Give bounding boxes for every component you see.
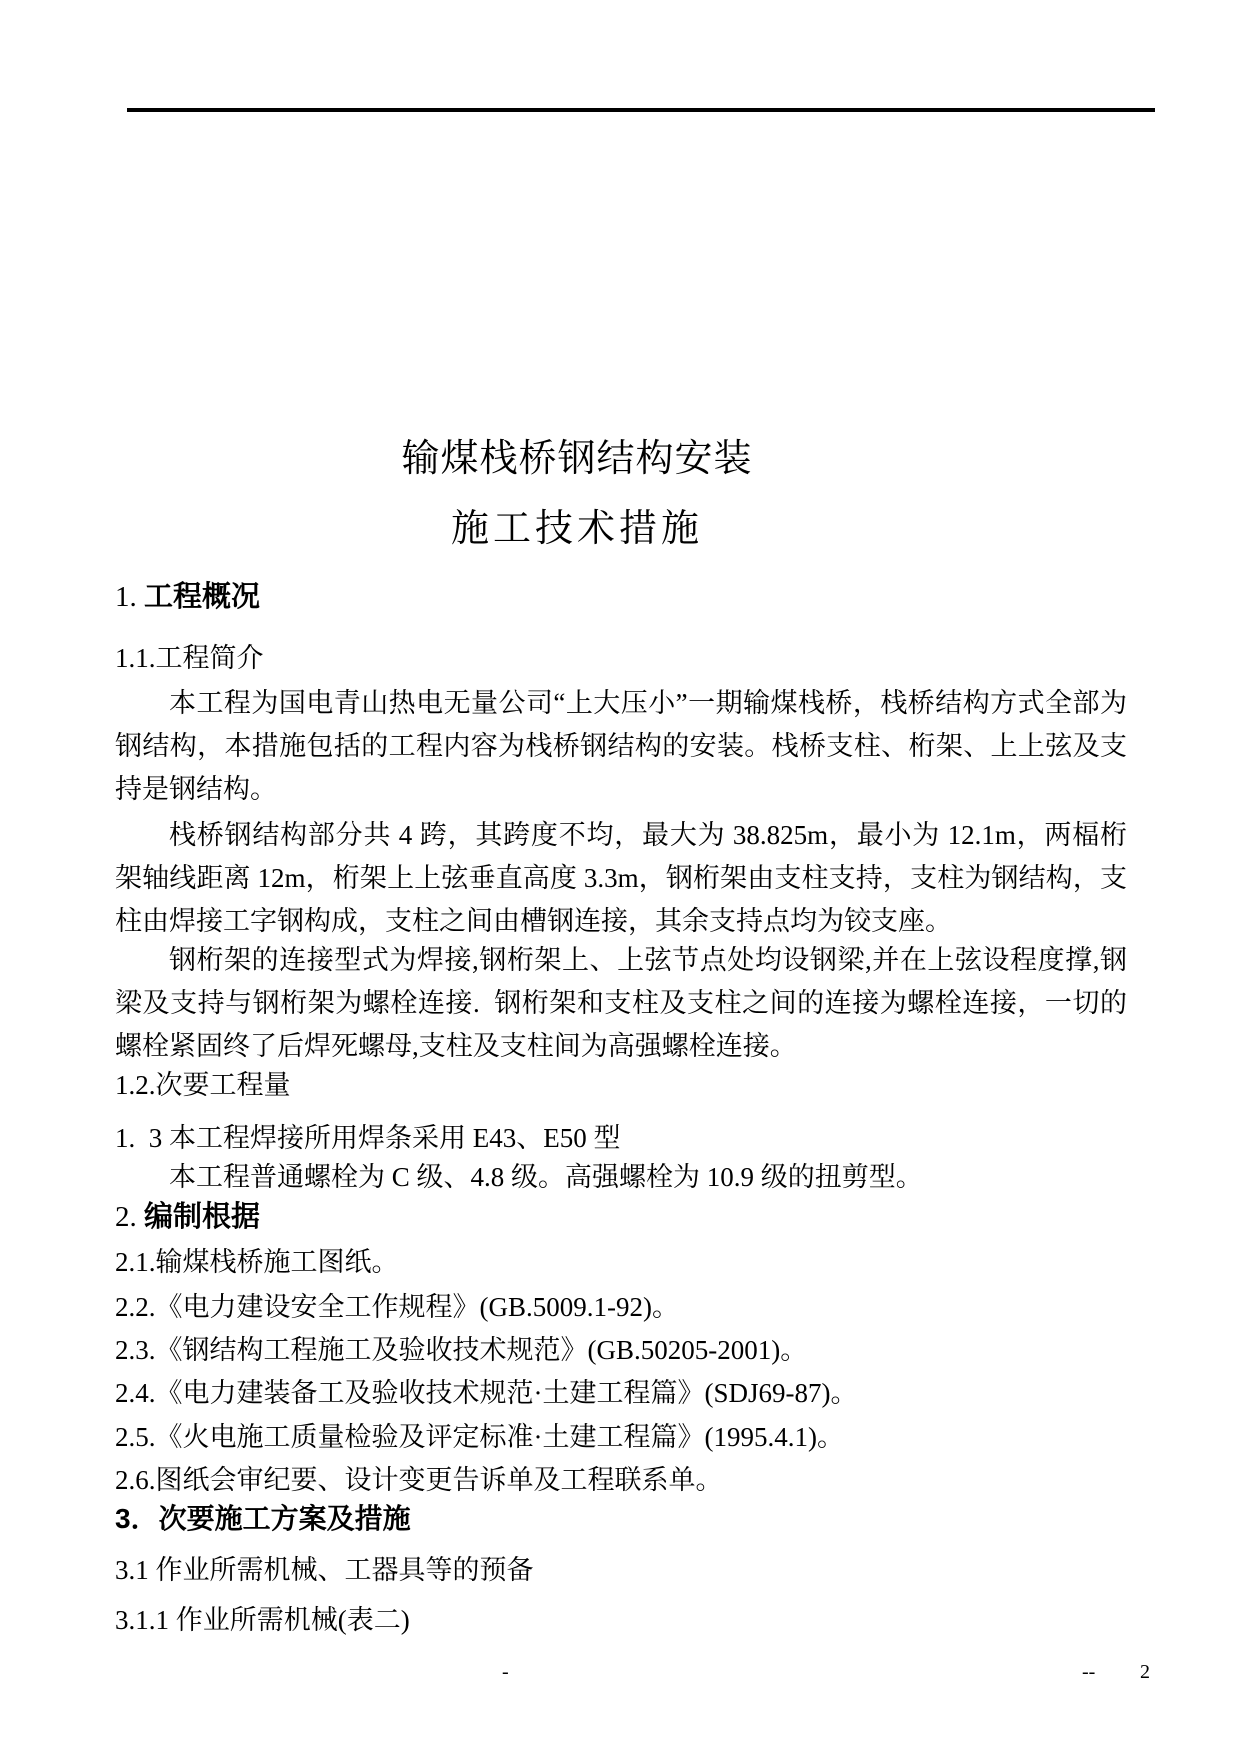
paragraph-project-intro: 本工程为国电青山热电无量公司“上大压小”一期输煤栈桥，栈桥结构方式全部为钢结构，… <box>115 682 1127 811</box>
reference-item-2-2: 2.2.《电力建设安全工作规程》(GB.5009.1-92)。 <box>115 1287 1127 1327</box>
reference-item-2-5: 2.5.《火电施工质量检验及评定标准·土建工程篇》(1995.4.1)。 <box>115 1417 1127 1457</box>
reference-item-2-1: 2.1.输煤栈桥施工图纸。 <box>115 1242 1127 1282</box>
paragraph-connections: 钢桁架的连接型式为焊接,钢桁架上、上弦节点处均设钢梁,并在上弦设程度撑,钢梁及支… <box>115 939 1127 1068</box>
section-1-heading: 1. 工程概况 <box>115 576 1127 618</box>
section-1-title: 工程概况 <box>144 581 260 613</box>
item-1-3-welding-rods: 1. 3 本工程焊接所用焊条采用 E43、E50 型 <box>115 1118 1127 1158</box>
subsection-1-2-heading: 1.2.次要工程量 <box>115 1065 1127 1105</box>
subsection-3-1-heading: 3.1 作业所需机械、工器具等的预备 <box>115 1550 1127 1590</box>
section-3-heading: 3．次要施工方案及措施 <box>115 1498 1127 1540</box>
subsection-3-1-1-heading: 3.1.1 作业所需机械(表二) <box>115 1600 1127 1640</box>
paragraph-structure-spans: 栈桥钢结构部分共 4 跨，其跨度不均，最大为 38.825m，最小为 12.1m… <box>115 814 1127 943</box>
section-1-number: 1. <box>115 581 144 613</box>
footer-right-dashes: -- <box>1082 1660 1095 1684</box>
footer-page-number: 2 <box>1140 1660 1150 1684</box>
document-title: 输煤栈桥钢结构安装 <box>71 433 1083 485</box>
document-subtitle: 施工技术措施 <box>71 503 1083 555</box>
header-rule <box>127 108 1155 112</box>
footer-center-dash: - <box>502 1660 509 1684</box>
section-2-heading: 2. 编制根据 <box>115 1196 1127 1238</box>
reference-item-2-4: 2.4.《电力建装备工及验收技术规范·土建工程篇》(SDJ69-87)。 <box>115 1373 1127 1413</box>
section-2-number: 2. <box>115 1201 144 1233</box>
subsection-1-1-heading: 1.1.工程简介 <box>115 638 1127 678</box>
reference-item-2-6: 2.6.图纸会审纪要、设计变更告诉单及工程联系单。 <box>115 1460 1127 1500</box>
document-page: { "document": { "title": "输煤栈桥钢结构安装", "s… <box>0 0 1241 1754</box>
section-2-title: 编制根据 <box>144 1201 260 1233</box>
paragraph-bolts: 本工程普通螺栓为 C 级、4.8 级。高强螺栓为 10.9 级的扭剪型。 <box>115 1157 1127 1197</box>
reference-item-2-3: 2.3.《钢结构工程施工及验收技术规范》(GB.50205-2001)。 <box>115 1330 1127 1370</box>
